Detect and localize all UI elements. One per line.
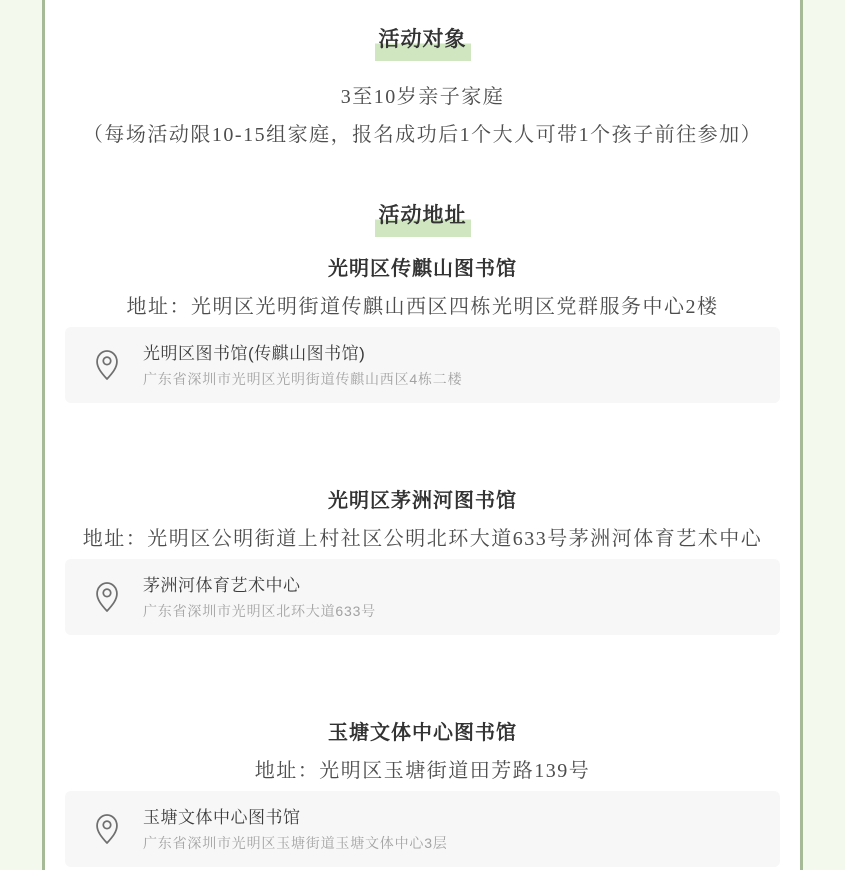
library-name-maozhouhe: 光明区茅洲河图书馆 [45,487,800,515]
location-card-title: 茅洲河体育艺术中心 [143,575,780,597]
audience-line-1: 3至10岁亲子家庭 [45,83,800,111]
location-card-subtitle: 广东省深圳市光明区光明街道传麒山西区4栋二楼 [143,370,780,388]
article-content: 活动对象 3至10岁亲子家庭 （每场活动限10-15组家庭，报名成功后1个大人可… [42,0,803,870]
section-heading-audience-label: 活动对象 [375,25,471,61]
location-card-yutang[interactable]: 玉塘文体中心图书馆 广东省深圳市光明区玉塘街道玉塘文体中心3层 [65,791,780,867]
location-card-maozhouhe[interactable]: 茅洲河体育艺术中心 广东省深圳市光明区北环大道633号 [65,559,780,635]
location-card-chuanqishan[interactable]: 光明区图书馆(传麒山图书馆) 广东省深圳市光明区光明街道传麒山西区4栋二楼 [65,327,780,403]
location-card-subtitle: 广东省深圳市光明区北环大道633号 [143,602,780,620]
article-page: 活动对象 3至10岁亲子家庭 （每场活动限10-15组家庭，报名成功后1个大人可… [0,0,845,870]
library-address-chuanqishan: 地址：光明区光明街道传麒山西区四栋光明区党群服务中心2楼 [45,293,800,321]
location-pin-icon [93,812,121,846]
location-pin-icon [93,348,121,382]
section-heading-audience: 活动对象 [45,25,800,61]
location-card-text: 玉塘文体中心图书馆 广东省深圳市光明区玉塘街道玉塘文体中心3层 [143,807,780,852]
section-heading-address: 活动地址 [45,201,800,237]
section-heading-address-label: 活动地址 [375,201,471,237]
location-card-title: 光明区图书馆(传麒山图书馆) [143,343,780,365]
location-card-title: 玉塘文体中心图书馆 [143,807,780,829]
location-pin-icon [93,580,121,614]
library-name-yutang: 玉塘文体中心图书馆 [45,719,800,747]
location-card-text: 光明区图书馆(传麒山图书馆) 广东省深圳市光明区光明街道传麒山西区4栋二楼 [143,343,780,388]
location-card-text: 茅洲河体育艺术中心 广东省深圳市光明区北环大道633号 [143,575,780,620]
location-card-subtitle: 广东省深圳市光明区玉塘街道玉塘文体中心3层 [143,834,780,852]
library-address-maozhouhe: 地址：光明区公明街道上村社区公明北环大道633号茅洲河体育艺术中心 [45,525,800,553]
audience-line-2: （每场活动限10-15组家庭，报名成功后1个大人可带1个孩子前往参加） [45,121,800,149]
library-name-chuanqishan: 光明区传麒山图书馆 [45,255,800,283]
library-address-yutang: 地址：光明区玉塘街道田芳路139号 [45,757,800,785]
